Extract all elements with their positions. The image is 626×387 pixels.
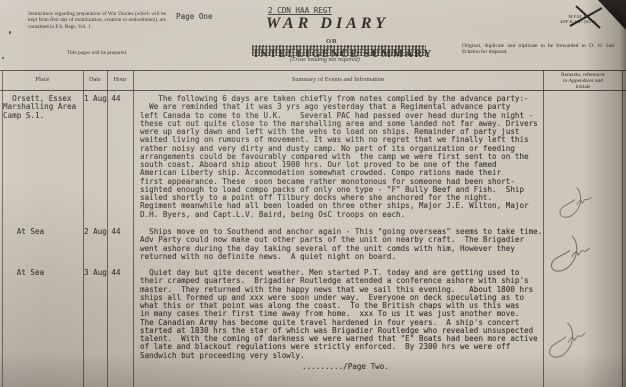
strikeout-overlay — [252, 45, 426, 56]
entry-summary: The following 6 days are taken chiefly f… — [140, 95, 538, 219]
handwritten-initials-scrawl — [530, 316, 596, 372]
title-pages-note: Title pages will be prepared. — [28, 50, 166, 56]
handwritten-initials-scrawl — [544, 182, 600, 229]
ink-speck — [2, 57, 4, 59]
entry-place: At Sea — [3, 228, 44, 236]
disposal-note: Original, duplicate and triplicate to be… — [462, 43, 614, 56]
ink-speck — [9, 31, 11, 34]
table-top-border — [0, 70, 626, 71]
instructions-note: Instructions regarding preparation of Wa… — [28, 11, 166, 30]
page-continuation: ........./Page Two. — [302, 362, 389, 371]
war-diary-page: Instructions regarding preparation of Wa… — [0, 0, 626, 387]
entry-date: 3 Aug 44 — [84, 269, 121, 277]
entry-summary: Quiet day but qite decent weather. Men s… — [140, 269, 538, 360]
handwritten-initials-scrawl — [533, 231, 598, 285]
page-number-label: Page One — [176, 12, 213, 21]
col-header-date: Date — [83, 76, 107, 83]
col-header-hour: Hour — [107, 76, 133, 83]
war-diary-title: WAR DIARY — [266, 15, 389, 33]
col-header-remarks: Remarks, references to Appendices and in… — [544, 72, 622, 90]
entry-summary: Ships move on to Southend and anchor aga… — [140, 228, 542, 261]
unit-name-typed: 2 CDN HAA REGT — [268, 6, 332, 15]
entry-date: 2 Aug 44 — [84, 228, 121, 236]
table-right-border — [622, 70, 623, 387]
erase-heading-note: (Erase heading not required) — [290, 57, 360, 63]
struck-heading-wrap: INTELLIGENCE SUMMARY — [254, 44, 424, 56]
entry-date: 1 Aug 44 — [84, 95, 121, 103]
entry-place: Orsett, Essex Marshalling Area Camp S.1. — [3, 95, 76, 120]
col-header-place: Place — [2, 76, 83, 83]
entry-place: At Sea — [3, 269, 44, 277]
col-border-hour-summary — [133, 70, 134, 387]
table-header-border — [0, 90, 626, 91]
corner-fold-artifact — [556, 0, 626, 42]
col-header-summary: Summary of Events and Information — [133, 76, 543, 83]
